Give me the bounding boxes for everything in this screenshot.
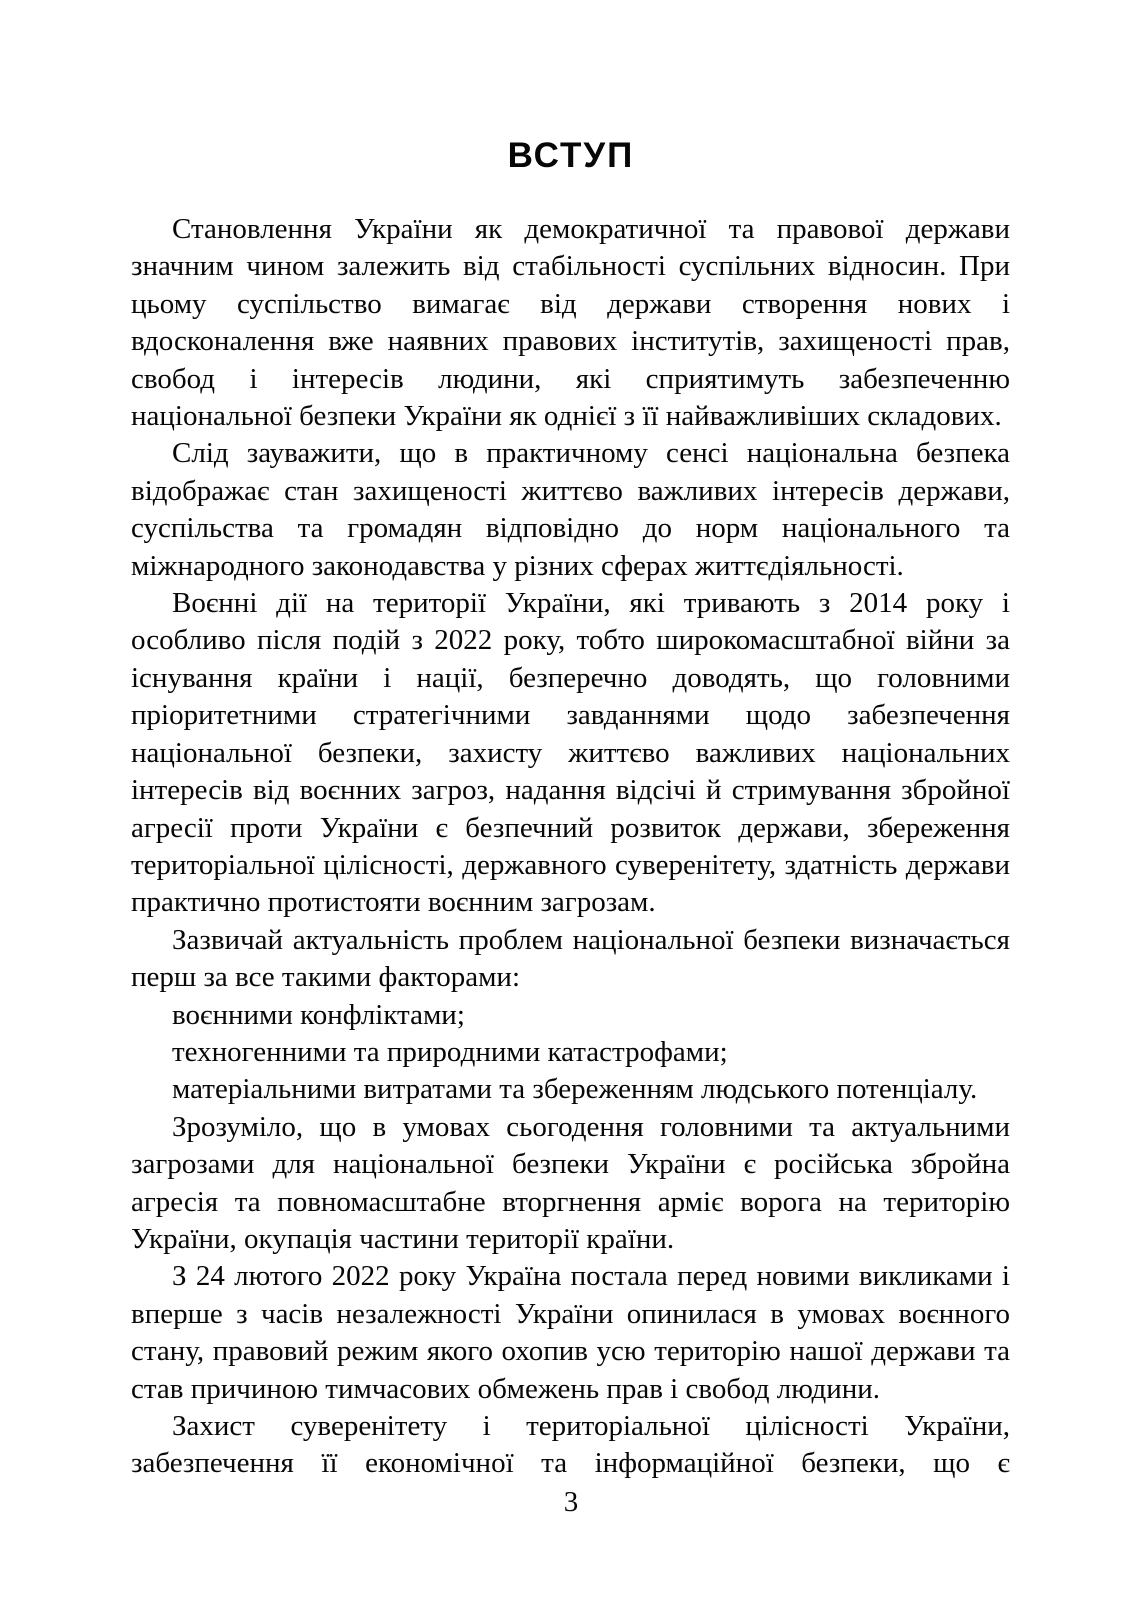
document-body: Становлення України як демократичної та …	[131, 211, 1010, 1483]
list-item: воєнними конфліктами;	[131, 997, 1010, 1034]
paragraph: Слід зауважити, що в практичному сенсі н…	[131, 435, 1010, 585]
list-item: техногенними та природними катастрофами;	[131, 1034, 1010, 1071]
paragraph: З 24 лютого 2022 року Україна постала пе…	[131, 1258, 1010, 1408]
page-number: 3	[0, 1486, 1142, 1519]
paragraph: Зрозуміло, що в умовах сьогодення головн…	[131, 1109, 1010, 1259]
page-title: ВСТУП	[0, 136, 1142, 176]
paragraph: Зазвичай актуальність проблем національн…	[131, 922, 1010, 997]
paragraph: Воєнні дії на території України, які три…	[131, 585, 1010, 922]
list-item: матеріальними витратами та збереженням л…	[131, 1071, 1010, 1108]
paragraph: Становлення України як демократичної та …	[131, 211, 1010, 435]
paragraph-continues-next-page: Захист суверенітету і територіальної ціл…	[131, 1408, 1010, 1483]
document-page: ВСТУП Становлення України як демократичн…	[0, 0, 1142, 1615]
